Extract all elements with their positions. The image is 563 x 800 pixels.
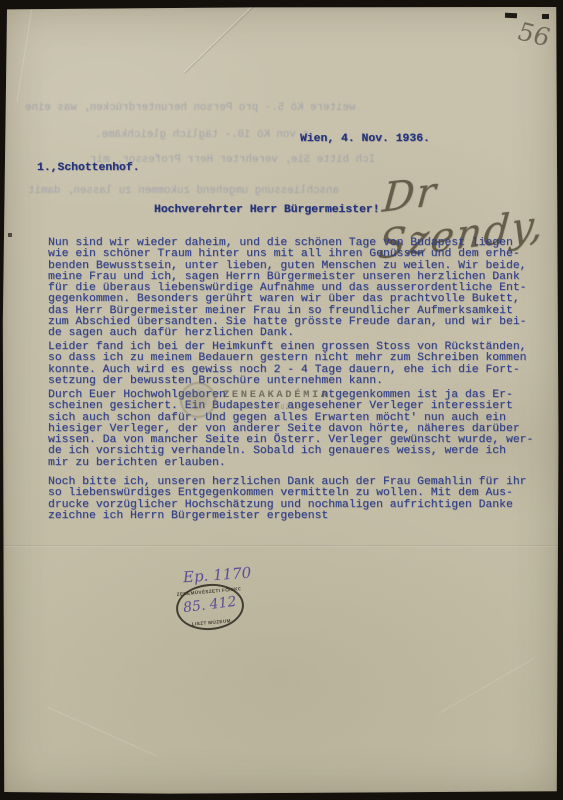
body-paragraph-1: Nun sind wir wieder daheim, und die schö… [48, 238, 527, 340]
crease-bottom-left [47, 707, 157, 757]
date-line: Wien, 4. Nov. 1936. [300, 134, 430, 145]
oval-stamp-inventory-number: 85. 412 [177, 593, 242, 617]
bleed-through-line: weitere Kö 5.- pro Person herunterdrücke… [25, 102, 355, 114]
crease-middle [2, 545, 559, 546]
left-edge-speck [8, 233, 12, 237]
body-paragraph-2: Leider fand ich bei der Heimkunft einen … [48, 342, 527, 387]
inventory-ep-number: Ep. 1170 [182, 564, 251, 587]
crease-left-edge [17, 8, 33, 102]
liszt-museum-oval-stamp: ZENEMŰVÉSZETI FŐISKOLA 85. 412 LISZT MÚZ… [174, 581, 246, 633]
sender-address: 1.,Schottenhof. [37, 163, 140, 174]
bleed-through-line: anschliessung umgehend zukommen zu lasse… [28, 185, 339, 197]
letter-page: weitere Kö 5.- pro Person herunterdrücke… [2, 5, 559, 796]
zeneakademia-stamp-text: ZENEAKADÉMIA [223, 389, 330, 401]
salutation: Hochverehrter Herr Bürgermeister! [154, 205, 380, 216]
zeneakademia-seal-icon [180, 382, 216, 418]
oval-stamp-bottom-text: LISZT MÚZEUM [179, 617, 243, 628]
body-paragraph-4: Noch bitte ich, unseren herzlichen Dank … [48, 477, 527, 522]
crease-bottom-right [439, 658, 535, 714]
top-edge-mark-left [505, 13, 517, 18]
page-corner-number: 56 [513, 17, 554, 52]
body-paragraph-3: Durch Euer Hochwohlgeboren ntgegenkommen… [48, 390, 533, 469]
crease-top-left [183, 4, 254, 73]
top-edge-mark-right [542, 14, 549, 19]
bleed-through-line: s von Kö 10.- täglich gleichkäme. [95, 129, 309, 141]
zeneakademia-stamp-subtext: LISZT MÚZEUM [245, 404, 306, 411]
